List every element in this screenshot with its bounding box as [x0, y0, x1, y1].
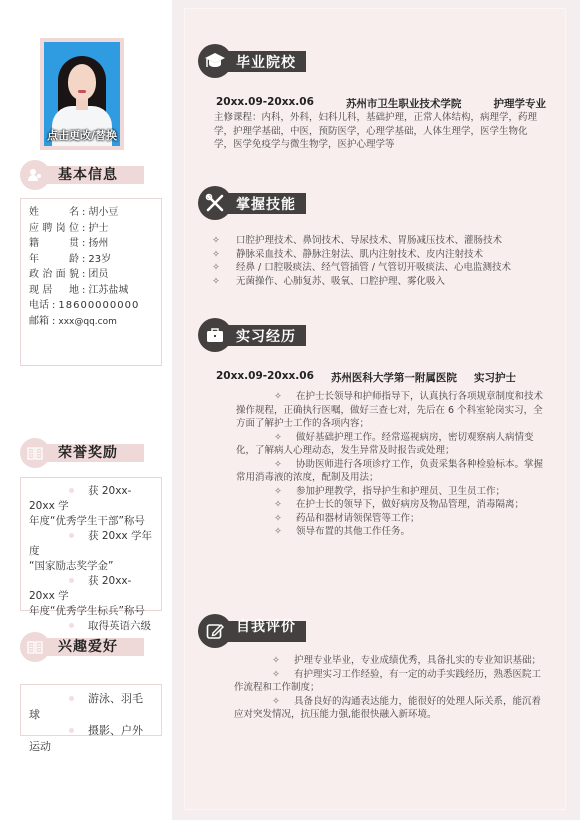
internship-item: ✧药品和器材请领保管等工作；: [236, 512, 548, 526]
info-row-email: 邮箱:xxx@qq.com: [29, 314, 153, 330]
briefcase-icon: [198, 318, 232, 352]
section-title: 基本信息: [58, 164, 118, 184]
change-photo-button[interactable]: 点击更改/替换: [44, 127, 120, 143]
honor-item: 获 20xx 学年度“国家励志奖学金”: [29, 529, 153, 574]
basic-info-box: 姓 名:胡小豆 应聘岗位:护士 籍 贯:扬州 年 龄:23岁 政治面貌:团员 现…: [20, 198, 162, 366]
section-title: 实习经历: [236, 326, 296, 346]
honors-box: 获 20xx-20xx 学年度“优秀学生干部”称号 获 20xx 学年度“国家励…: [20, 477, 162, 611]
bullet-dot: [69, 623, 74, 628]
diamond-bullet-icon: ✧: [274, 498, 296, 512]
hobbies-box: 游泳、羽毛球 摄影、户外运动: [20, 684, 162, 736]
diamond-bullet-icon: ✧: [212, 261, 236, 275]
section-title: 毕业院校: [236, 52, 296, 72]
section-title: 掌握技能: [236, 194, 296, 214]
info-row-political: 政治面貌:团员: [29, 267, 153, 283]
section-header-hobbies: 兴趣爱好: [20, 632, 144, 662]
internship-item: ✧协助医师进行各项诊疗工作，负责采集各种检验标本。掌握常用消毒液的浓度，配制及用…: [236, 458, 548, 485]
education-school: 苏州市卫生职业技术学院: [346, 96, 462, 111]
hobby-item: 游泳、羽毛球: [29, 691, 153, 723]
internship-item: ✧参加护理教学，指导护生和护理员、卫生员工作；: [236, 485, 548, 499]
education-major: 护理学专业: [494, 96, 547, 111]
photo-lip: [78, 90, 86, 93]
skill-item: ✧无菌操作、心肺复苏、吸氧、口腔护理、雾化吸入: [212, 275, 552, 289]
sidebar: 点击更改/替换 基本信息 姓 名:胡小豆 应聘岗位:护士 籍 贯:扬州 年 龄:…: [0, 0, 172, 820]
diamond-bullet-icon: ✧: [274, 390, 296, 404]
book-icon: [20, 632, 50, 662]
diamond-bullet-icon: ✧: [274, 512, 296, 526]
internship-list: ✧在护士长领导和护师指导下，认真执行各项规章制度和技术操作规程，正确执行医嘱，做…: [236, 390, 548, 539]
user-icon: [20, 160, 50, 190]
section-title: 荣誉奖励: [58, 442, 118, 462]
info-row-residence: 现居 地:江苏盐城: [29, 283, 153, 299]
profile-photo[interactable]: 点击更改/替换: [44, 42, 120, 146]
section-header-honors: 荣誉奖励: [20, 438, 144, 468]
info-row-name: 姓 名:胡小豆: [29, 205, 153, 221]
self-eval-item: ✧有护理实习工作经验，有一定的动手实践经历，熟悉医院工作流程和工作制度；: [234, 668, 550, 695]
graduation-cap-icon: [198, 44, 232, 78]
bullet-dot: [69, 578, 74, 583]
education-period: 20xx.09-20xx.06: [216, 96, 314, 111]
skills-list: ✧口腔护理技术、鼻饲技术、导尿技术、胃肠减压技术、灌肠技术 ✧静脉采血技术、静脉…: [212, 234, 552, 288]
skill-item: ✧静脉采血技术、静脉注射法、肌内注射技术、皮内注射技术: [212, 248, 552, 262]
diamond-bullet-icon: ✧: [274, 458, 296, 472]
bullet-dot: [69, 533, 74, 538]
diamond-bullet-icon: ✧: [272, 654, 294, 668]
education-row: 20xx.09-20xx.06 苏州市卫生职业技术学院 护理学专业: [216, 96, 546, 111]
photo-frame: 点击更改/替换: [40, 38, 124, 150]
internship-row: 20xx.09-20xx.06 苏州医科大学第一附属医院 实习护士: [216, 370, 516, 385]
bullet-dot: [69, 696, 74, 701]
info-row-age: 年 龄:23岁: [29, 252, 153, 268]
edit-icon: [198, 614, 232, 648]
internship-item: ✧做好基础护理工作。经常巡视病房，密切观察病人病情变化，了解病人心理动态，发生异…: [236, 431, 548, 458]
skill-item: ✧口腔护理技术、鼻饲技术、导尿技术、胃肠减压技术、灌肠技术: [212, 234, 552, 248]
skill-item: ✧经鼻 / 口腔吸痰法、经气管插管 / 气管切开吸痰法、心电监测技术: [212, 261, 552, 275]
section-title: 自我评价: [236, 616, 296, 636]
bullet-dot: [69, 488, 74, 493]
internship-item: ✧在护士长的领导下，做好病房及物品管理，消毒隔离；: [236, 498, 548, 512]
info-row-position: 应聘岗位:护士: [29, 221, 153, 237]
diamond-bullet-icon: ✧: [272, 668, 294, 682]
diamond-bullet-icon: ✧: [212, 248, 236, 262]
photo-face: [68, 64, 96, 100]
book-icon: [20, 438, 50, 468]
internship-item: ✧在护士长领导和护师指导下，认真执行各项规章制度和技术操作规程，正确执行医嘱，做…: [236, 390, 548, 431]
honor-item: 获 20xx-20xx 学年度“优秀学生干部”称号: [29, 484, 153, 529]
self-eval-item: ✧具备良好的沟通表达能力，能很好的处理人际关系，能沉着应对突发情况，抗压能力强,…: [234, 695, 550, 722]
diamond-bullet-icon: ✧: [274, 485, 296, 499]
education-courses: 主修课程：内科，外科，妇科儿科，基础护理，正常人体结构，病理学，药理学，护理学基…: [214, 111, 546, 152]
diamond-bullet-icon: ✧: [212, 275, 236, 289]
section-header-basic-info: 基本信息: [20, 160, 144, 190]
internship-period: 20xx.09-20xx.06: [216, 370, 314, 385]
info-row-hometown: 籍 贯:扬州: [29, 236, 153, 252]
bullet-dot: [69, 728, 74, 733]
section-title: 兴趣爱好: [58, 636, 118, 656]
honor-item: 获 20xx-20xx 学年度“优秀学生标兵”称号: [29, 574, 153, 619]
internship-item: ✧领导布置的其他工作任务。: [236, 525, 548, 539]
internship-hospital: 苏州医科大学第一附属医院: [331, 370, 457, 385]
self-eval-list: ✧护理专业毕业，专业成绩优秀，具备扎实的专业知识基础； ✧有护理实习工作经验，有…: [234, 654, 550, 722]
internship-role: 实习护士: [474, 370, 516, 385]
diamond-bullet-icon: ✧: [274, 525, 296, 539]
hobby-item: 摄影、户外运动: [29, 723, 153, 755]
tools-icon: [198, 186, 232, 220]
info-row-phone: 电话:18600000000: [29, 298, 153, 314]
diamond-bullet-icon: ✧: [212, 234, 236, 248]
self-eval-item: ✧护理专业毕业，专业成绩优秀，具备扎实的专业知识基础；: [234, 654, 550, 668]
diamond-bullet-icon: ✧: [272, 695, 294, 709]
diamond-bullet-icon: ✧: [274, 431, 296, 445]
